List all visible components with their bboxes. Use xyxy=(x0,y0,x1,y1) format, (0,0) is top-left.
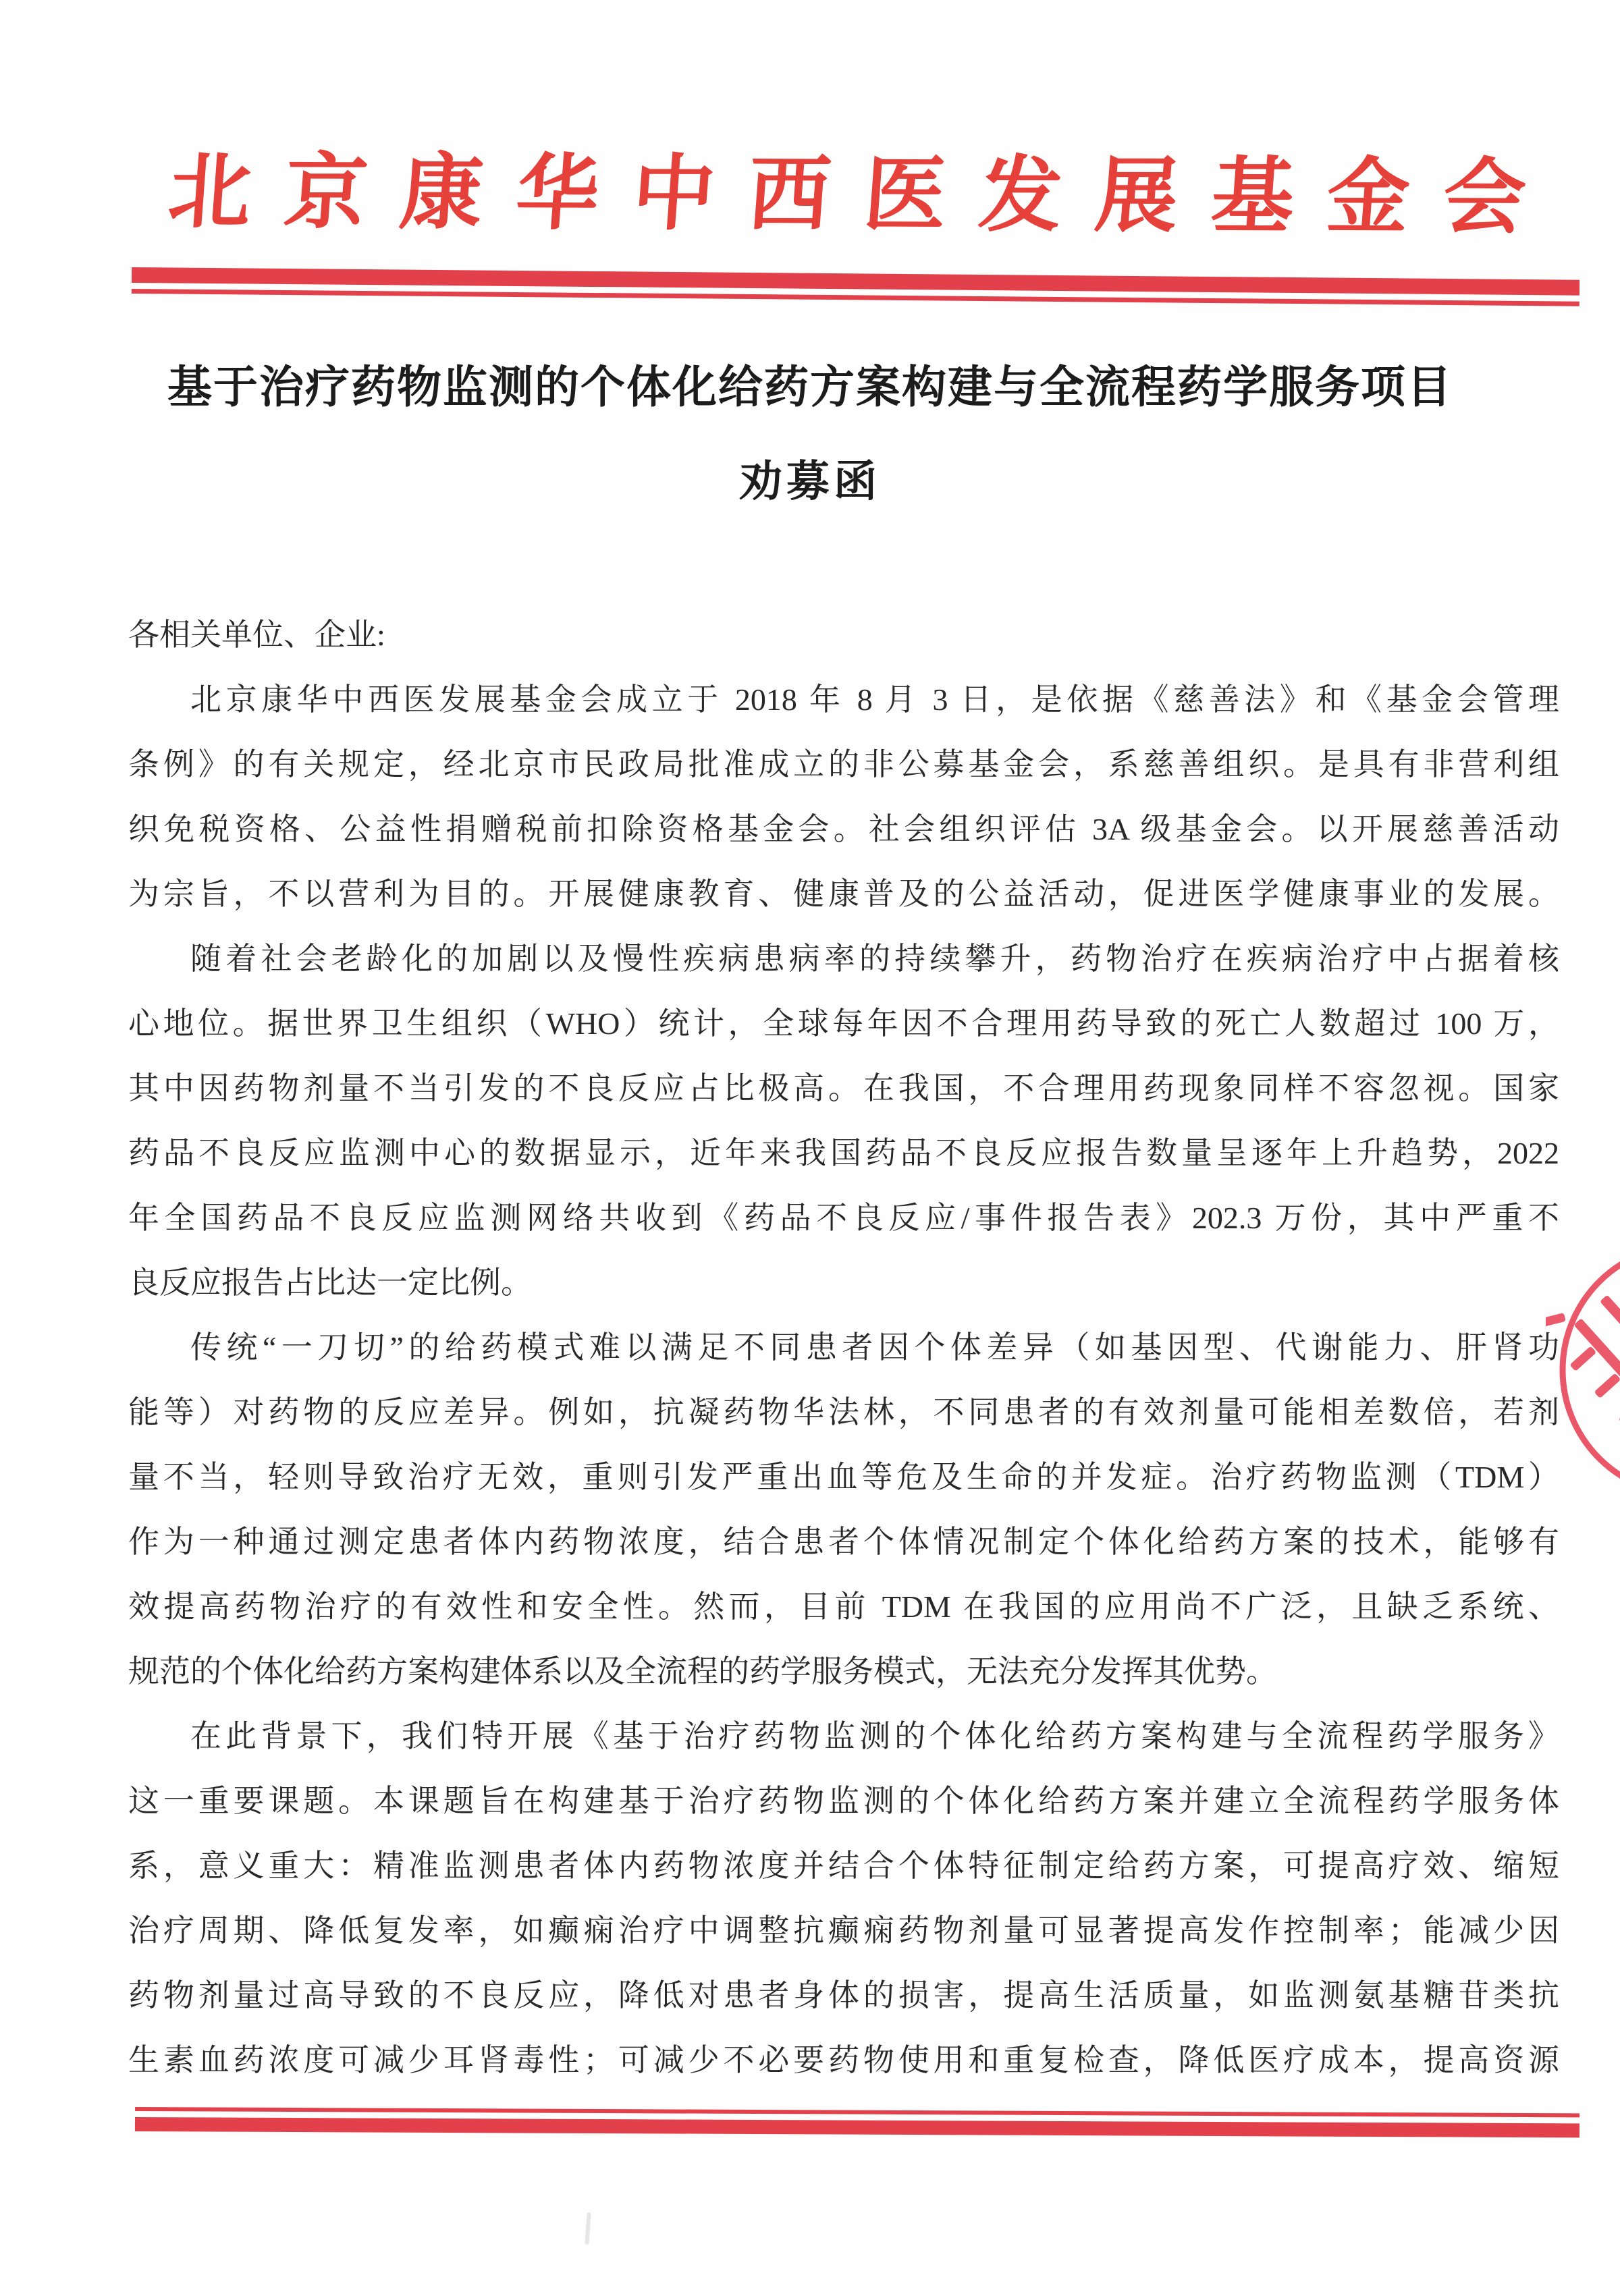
foundation-name-char: 发 xyxy=(976,146,1066,247)
body-line: 为宗旨，不以营利为目的。开展健康教育、健康普及的公益活动，促进医学健康事业的发展… xyxy=(128,862,1559,927)
foundation-name-char: 西 xyxy=(745,144,834,246)
body-line: 效提高药物治疗的有效性和安全性。然而，目前 TDM 在我国的应用尚不广泛，且缺乏… xyxy=(128,1575,1559,1639)
body-line: 年全国药品不良反应监测网络共收到《药品不良反应/事件报告表》202.3 万份，其… xyxy=(128,1186,1559,1251)
body-line: 北京康华中西医发展基金会成立于 2018 年 8 月 3 日，是依据《慈善法》和… xyxy=(128,667,1559,732)
body-line: 其中因药物剂量不当引发的不良反应占比极高。在我国，不合理用药现象同样不容忽视。国… xyxy=(128,1056,1559,1121)
body-line: 药物剂量过高导致的不良反应，降低对患者身体的损害，提高生活质量，如监测氨基糖苷类… xyxy=(128,1963,1559,2028)
body-line: 织免税资格、公益性捐赠税前扣除资格基金会。社会组织评估 3A 级基金会。以开展慈… xyxy=(128,797,1559,862)
document-title: 基于治疗药物监测的个体化给药方案构建与全流程药学服务项目 xyxy=(94,351,1525,415)
salutation: 各相关单位、企业: xyxy=(128,603,1559,667)
foundation-name-char: 中 xyxy=(628,144,718,246)
body-line: 这一重要课题。本课题旨在构建基于治疗药物监测的个体化给药方案并建立全流程药学服务… xyxy=(128,1769,1559,1834)
body-line: 随着社会老龄化的加剧以及慢性疾病患病率的持续攀升，药物治疗在疾病治疗中占据着核 xyxy=(128,927,1559,991)
foundation-name-char: 会 xyxy=(1439,148,1529,249)
letterhead-foundation-name: 北 京 康 华 中 西 医 发 展 基 金 会 xyxy=(169,136,1526,250)
official-seal-stamp: 110 xyxy=(1546,1238,1620,1522)
foundation-name-char: 医 xyxy=(860,145,950,246)
seal-center-strokes xyxy=(1546,1250,1620,1464)
body-line: 条例》的有关规定，经北京市民政局批准成立的非公募基金会，系慈善组织。是具有非营利… xyxy=(128,732,1559,797)
letter-body: 各相关单位、企业: 北京康华中西医发展基金会成立于 2018 年 8 月 3 日… xyxy=(128,603,1559,2093)
foundation-name-char: 金 xyxy=(1324,147,1413,248)
document-page: 北 京 康 华 中 西 医 发 展 基 金 会 基于治疗药物监测的个体化给药方案… xyxy=(0,0,1620,2296)
body-line: 系，意义重大：精准监测患者体内药物浓度并结合个体特征制定给药方案，可提高疗效、缩… xyxy=(128,1834,1559,1898)
body-line: 作为一种通过测定患者体内药物浓度，结合患者个体情况制定个体化给药方案的技术，能够… xyxy=(128,1510,1559,1575)
foundation-name-char: 展 xyxy=(1091,146,1181,248)
footer-rule xyxy=(135,2107,1579,2137)
body-line: 规范的个体化给药方案构建体系以及全流程的药学服务模式，无法充分发挥其优势。 xyxy=(128,1639,1559,1704)
body-line: 良反应报告占比达一定比例。 xyxy=(128,1251,1559,1315)
body-line: 心地位。据世界卫生组织（WHO）统计，全球每年因不合理用药导致的死亡人数超过 1… xyxy=(128,991,1559,1056)
scan-artifact xyxy=(585,2212,591,2245)
body-line: 生素血药浓度可减少耳肾毒性；可减少不必要药物使用和重复检查，降低医疗成本，提高资… xyxy=(128,2028,1559,2093)
body-line: 量不当，轻则导致治疗无效，重则引发严重出血等危及生命的并发症。治疗药物监测（TD… xyxy=(128,1445,1559,1510)
body-line: 药品不良反应监测中心的数据显示，近年来我国药品不良反应报告数量呈逐年上升趋势，2… xyxy=(128,1121,1559,1186)
letterhead-rule xyxy=(132,267,1579,306)
body-line: 能等）对药物的反应差异。例如，抗凝药物华法林，不同患者的有效剂量可能相差数倍，若… xyxy=(128,1380,1559,1445)
foundation-name-char: 基 xyxy=(1208,146,1297,248)
body-line: 治疗周期、降低复发率，如癫痫治疗中调整抗癫痫药物剂量可显著提高发作控制率；能减少… xyxy=(128,1898,1559,1963)
foundation-name-char: 北 xyxy=(165,142,254,244)
document-subtitle: 劝募函 xyxy=(94,447,1525,509)
body-line: 传统“一刀切”的给药模式难以满足不同患者因个体差异（如基因型、代谢能力、肝肾功 xyxy=(128,1315,1559,1380)
foundation-name-char: 京 xyxy=(281,142,371,244)
body-line: 在此背景下，我们特开展《基于治疗药物监测的个体化给药方案构建与全流程药学服务》 xyxy=(128,1704,1559,1769)
foundation-name-char: 华 xyxy=(512,144,602,245)
foundation-name-char: 康 xyxy=(397,143,487,244)
